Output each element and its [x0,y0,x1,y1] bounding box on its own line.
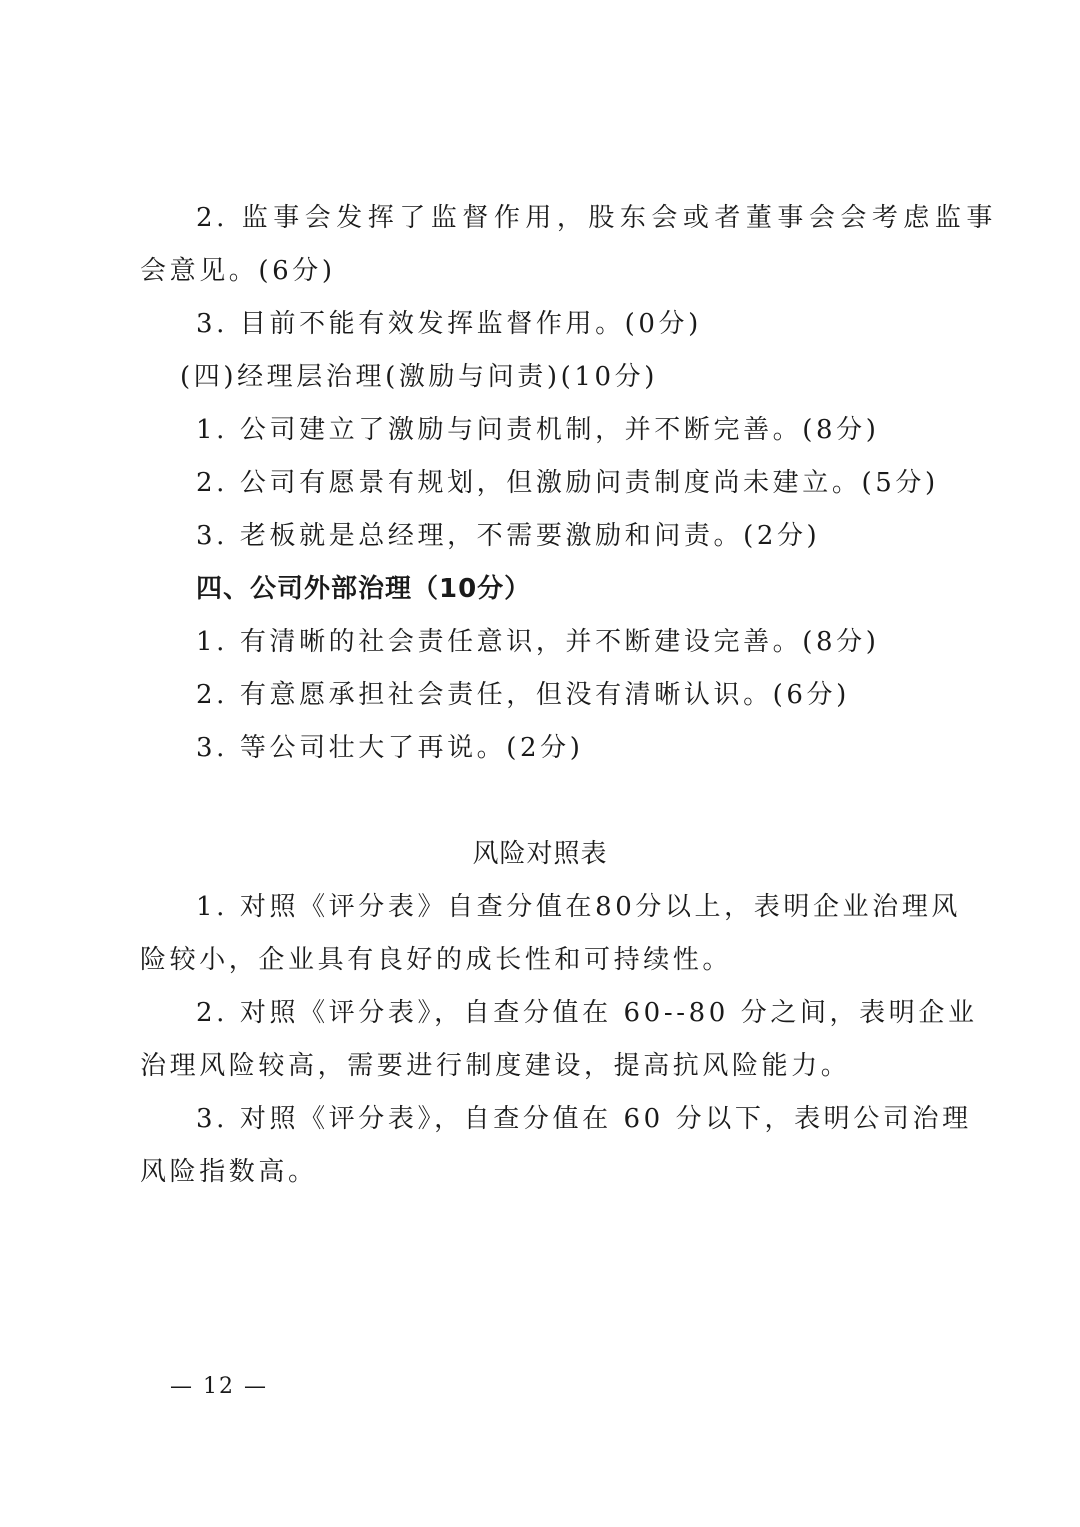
section-heading-external-governance: 四、公司外部治理（10分） [196,573,996,605]
risk-item-1-line1: 1. 对照《评分表》自查分值在80分以上，表明企业治理风 [196,891,940,923]
risk-table-title: 风险对照表 [0,838,1080,870]
risk-item-1-line2: 险较小，企业具有良好的成长性和可持续性。 [140,944,940,976]
risk-item-3-line1: 3. 对照《评分表》，自查分值在 60 分以下，表明公司治理 [196,1103,940,1135]
list-item: 3. 等公司壮大了再说。(2分) [196,732,996,764]
list-item: 1. 公司建立了激励与问责机制，并不断完善。(8分) [196,414,996,446]
document-page: 2. 监事会发挥了监督作用，股东会或者董事会会考虑监事 会意见。(6分) 3. … [0,0,1080,1527]
list-item: 2. 公司有愿景有规划，但激励问责制度尚未建立。(5分) [196,467,996,499]
page-number: — 12 — [170,1373,268,1401]
list-item: 3. 老板就是总经理，不需要激励和问责。(2分) [196,520,996,552]
risk-item-2-line1: 2. 对照《评分表》，自查分值在 60--80 分之间，表明企业 [196,997,940,1029]
risk-item-2-line2: 治理风险较高，需要进行制度建设，提高抗风险能力。 [140,1050,940,1082]
subsection-heading-management: (四)经理层治理(激励与问责)(10分) [180,361,980,393]
list-item: 1. 有清晰的社会责任意识，并不断建设完善。(8分) [196,626,996,658]
risk-item-3-line2: 风险指数高。 [140,1156,940,1188]
paragraph-supervisory-item-2-line1: 2. 监事会发挥了监督作用，股东会或者董事会会考虑监事 [196,202,996,234]
list-item: 2. 有意愿承担社会责任，但没有清晰认识。(6分) [196,679,996,711]
paragraph-supervisory-item-2-line2: 会意见。(6分) [140,255,940,287]
paragraph-supervisory-item-3: 3. 目前不能有效发挥监督作用。(0分) [196,308,996,340]
